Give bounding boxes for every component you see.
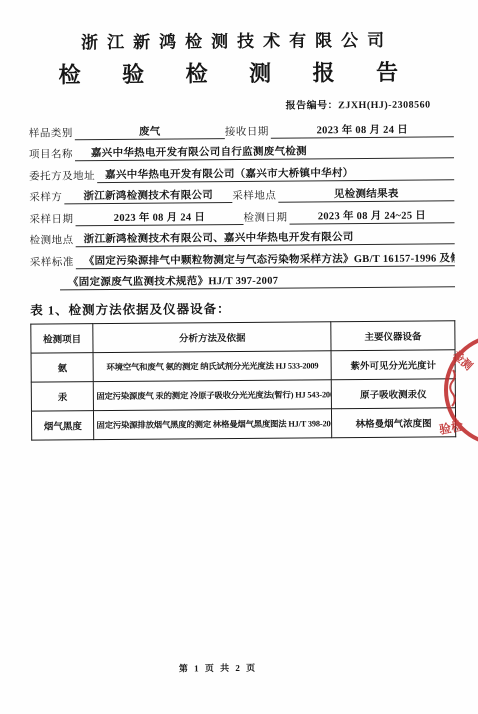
table-row: 烟气黑度 固定污染源排放烟气黑度的测定 林格曼烟气黑度图法 HJ/T 398-2… xyxy=(31,408,455,440)
method-instrument-table: 检测项目 分析方法及依据 主要仪器设备 氨 环境空气和废气 氨的测定 纳氏试剂分… xyxy=(30,320,456,440)
table-row: 汞 固定污染源废气 汞的测定 冷原子吸收分光光度法(暂行) HJ 543-200… xyxy=(31,379,455,411)
field-row-sampling-standard: 采样标准 《固定污染源排气中颗粒物测定与气态污染物采样方法》GB/T 16157… xyxy=(30,252,455,269)
col-header-instrument: 主要仪器设备 xyxy=(331,321,455,351)
field-value: 2023 年 08 月 24 日 xyxy=(271,123,454,138)
report-number-label: 报告编号： xyxy=(286,100,339,111)
field-label: 采样标准 xyxy=(30,256,76,269)
field-value: 2023 年 08 月 24 日 xyxy=(75,210,243,225)
field-row-client-address: 委托方及地址 嘉兴中华热电开发有限公司（嘉兴市大桥镇中华村） xyxy=(29,166,454,183)
cell-item: 烟气黑度 xyxy=(31,411,94,440)
report-number-value: ZJXH(HJ)-2308560 xyxy=(338,99,431,111)
field-label: 委托方及地址 xyxy=(29,170,97,184)
cell-instrument: 林格曼烟气浓度图 xyxy=(332,408,456,438)
cell-instrument: 原子吸收测汞仪 xyxy=(331,379,455,409)
report-fields: 样品类别 废气 接收日期 2023 年 08 月 24 日 项目名称 嘉兴中华热… xyxy=(29,123,455,290)
field-value: 浙江新鸿检测技术有限公司 xyxy=(64,189,232,204)
field-label: 项目名称 xyxy=(29,148,75,161)
field-row-project-name: 项目名称 嘉兴中华热电开发有限公司自行监测废气检测 xyxy=(29,145,454,162)
cell-method: 环境空气和废气 氨的测定 纳氏试剂分光光度法 HJ 533-2009 xyxy=(93,351,331,382)
page-footer: 第 1 页 共 2 页 xyxy=(3,659,433,675)
field-value: 2023 年 08 月 24~25 日 xyxy=(289,209,454,224)
field-label: 采样日期 xyxy=(29,213,75,226)
field-label: 样品类别 xyxy=(29,127,75,140)
company-name: 浙江新鸿检测技术有限公司 xyxy=(0,25,476,54)
field-row-dates: 采样日期 2023 年 08 月 24 日 检测日期 2023 年 08 月 2… xyxy=(29,209,454,226)
field-label: 采样方 xyxy=(29,191,64,204)
field-value: 浙江新鸿检测技术有限公司、嘉兴中华热电开发有限公司 xyxy=(76,230,455,247)
cell-instrument: 紫外可见分光光度计 xyxy=(331,350,455,380)
field-row-sampling-party: 采样方 浙江新鸿检测技术有限公司 采样地点 见检测结果表 xyxy=(29,188,454,205)
field-label: 接收日期 xyxy=(225,125,271,138)
cell-item: 汞 xyxy=(31,382,94,411)
table-row: 氨 环境空气和废气 氨的测定 纳氏试剂分光光度法 HJ 533-2009 紫外可… xyxy=(31,350,455,382)
field-label: 检测地点 xyxy=(30,234,76,247)
table-header-row: 检测项目 分析方法及依据 主要仪器设备 xyxy=(31,321,455,353)
cell-item: 氨 xyxy=(31,353,94,382)
field-row-test-location: 检测地点 浙江新鸿检测技术有限公司、嘉兴中华热电开发有限公司 xyxy=(30,231,455,248)
report-number-line: 报告编号：ZJXH(HJ)-2308560 xyxy=(0,95,431,113)
cell-method: 固定污染源排放烟气黑度的测定 林格曼烟气黑度图法 HJ/T 398-2007 xyxy=(94,409,332,440)
field-value: 嘉兴中华热电开发有限公司（嘉兴市大桥镇中华村） xyxy=(97,166,454,183)
field-value: 《固定污染源排气中颗粒物测定与气态污染物采样方法》GB/T 16157-1996… xyxy=(76,252,455,269)
field-label: 检测日期 xyxy=(243,211,289,224)
scanned-report-page: 浙江新鸿检测技术有限公司 检 验 检 测 报 告 报告编号：ZJXH(HJ)-2… xyxy=(0,0,478,714)
page-content: 浙江新鸿检测技术有限公司 检 验 检 测 报 告 报告编号：ZJXH(HJ)-2… xyxy=(0,0,478,714)
col-header-method: 分析方法及依据 xyxy=(93,322,331,353)
field-label: 采样地点 xyxy=(232,190,278,203)
field-value: 废气 xyxy=(75,125,225,140)
field-value: 嘉兴中华热电开发有限公司自行监测废气检测 xyxy=(75,144,454,161)
cell-method: 固定污染源废气 汞的测定 冷原子吸收分光光度法(暂行) HJ 543-2009 xyxy=(94,380,332,411)
col-header-item: 检测项目 xyxy=(31,324,94,353)
field-row-sample-category: 样品类别 废气 接收日期 2023 年 08 月 24 日 xyxy=(29,123,454,140)
field-row-standard-continued: 《固定源废气监测技术规范》HJ/T 397-2007 xyxy=(30,274,455,291)
field-value: 见检测结果表 xyxy=(278,187,454,202)
table1-caption: 表 1、检测方法依据及仪器设备： xyxy=(30,297,478,319)
field-value: 《固定源废气监测技术规范》HJ/T 397-2007 xyxy=(60,273,455,290)
report-title: 检 验 检 测 报 告 xyxy=(0,55,476,90)
